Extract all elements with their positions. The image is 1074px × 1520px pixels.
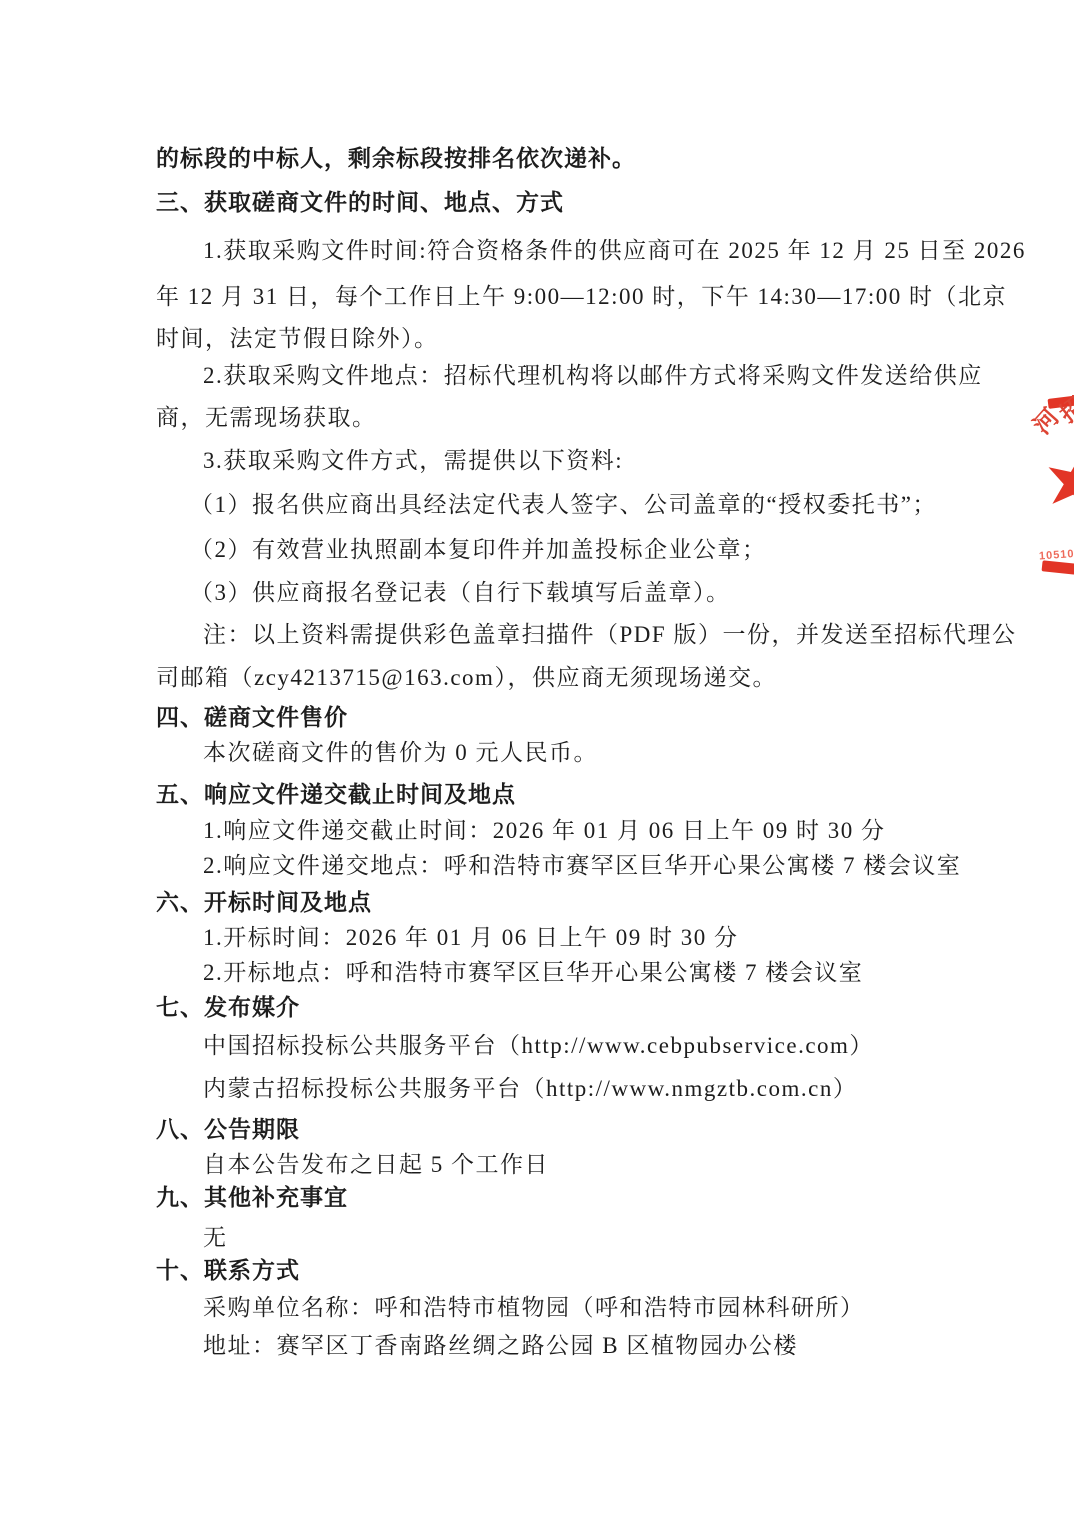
document-page: 的标段的中标人，剩余标段按排名依次递补。 三、获取磋商文件的时间、地点、方式 1… — [0, 0, 1074, 1520]
heading-section-8: 八、公告期限 — [156, 1116, 300, 1144]
s7-media-2: 内蒙古招标投标公共服务平台（http://www.nmgztb.com.cn） — [203, 1075, 857, 1103]
s8-body: 自本公告发布之日起 5 个工作日 — [203, 1151, 549, 1179]
s6-item-1: 1.开标时间：2026 年 01 月 06 日上午 09 时 30 分 — [203, 924, 739, 952]
s10-address: 地址：赛罕区丁香南路丝绸之路公园 B 区植物园办公楼 — [203, 1332, 798, 1360]
s3-item-3: （3）供应商报名登记表（自行下载填写后盖章）。 — [190, 579, 731, 607]
s3-para1-line3: 时间，法定节假日除外）。 — [156, 325, 439, 353]
s3-note-line2: 司邮箱（zcy4213715@163.com），供应商无须现场递交。 — [156, 664, 777, 692]
s5-item-2: 2.响应文件递交地点：呼和浩特市赛罕区巨华开心果公寓楼 7 楼会议室 — [203, 852, 961, 880]
heading-section-10: 十、联系方式 — [156, 1257, 300, 1285]
s7-media-1: 中国招标投标公共服务平台（http://www.cebpubservice.co… — [203, 1032, 874, 1060]
s3-para2-line1: 2.获取采购文件地点：招标代理机构将以邮件方式将采购文件发送给供应 — [203, 362, 983, 390]
s3-item-1: （1）报名供应商出具经法定代表人签字、公司盖章的“授权委托书”； — [190, 491, 937, 519]
s10-purchaser-name: 采购单位名称：呼和浩特市植物园（呼和浩特市园林科研所） — [203, 1294, 865, 1322]
s3-note-line1: 注：以上资料需提供彩色盖章扫描件（PDF 版）一份，并发送至招标代理公 — [203, 621, 1016, 649]
heading-section-9: 九、其他补充事宜 — [156, 1184, 348, 1212]
heading-section-5: 五、响应文件递交截止时间及地点 — [156, 781, 516, 809]
heading-section-7: 七、发布媒介 — [156, 994, 300, 1022]
s5-item-1: 1.响应文件递交截止时间：2026 年 01 月 06 日上午 09 时 30 … — [203, 817, 886, 845]
s6-item-2: 2.开标地点：呼和浩特市赛罕区巨华开心果公寓楼 7 楼会议室 — [203, 959, 863, 987]
seal-ring-bottom-arc — [1042, 560, 1074, 574]
s4-body: 本次磋商文件的售价为 0 元人民币。 — [203, 739, 598, 767]
s3-para1-line2: 年 12 月 31 日，每个工作日上午 9:00—12:00 时，下午 14:3… — [156, 283, 1007, 311]
seal-star-icon: ★ — [1034, 437, 1074, 528]
continuation-line: 的标段的中标人，剩余标段按排名依次递补。 — [156, 145, 636, 173]
s3-item-2: （2）有效营业执照副本复印件并加盖投标企业公章； — [190, 536, 767, 564]
s3-para2-line2: 商，无需现场获取。 — [156, 404, 377, 432]
s3-para3: 3.获取采购文件方式，需提供以下资料: — [203, 447, 623, 475]
heading-section-6: 六、开标时间及地点 — [156, 889, 372, 917]
s9-body: 无 — [203, 1224, 228, 1252]
heading-section-4: 四、磋商文件售价 — [156, 704, 348, 732]
s3-para1-line1: 1.获取采购文件时间:符合资格条件的供应商可在 2025 年 12 月 25 日… — [203, 237, 1026, 265]
heading-section-3: 三、获取磋商文件的时间、地点、方式 — [156, 189, 564, 217]
